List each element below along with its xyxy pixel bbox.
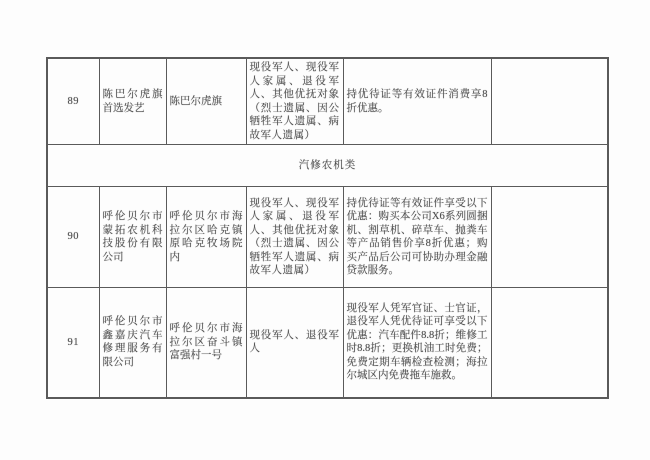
cell-merchant-name: 呼伦贝尔市蒙拓农机科技股份有限公司 (99, 187, 166, 288)
cell-audience: 现役军人、现役军人家属、退役军人、其他优抚对象（烈士遗属、因公牺牲军人遗属、病故… (246, 58, 343, 145)
table-row-90: 90 呼伦贝尔市蒙拓农机科技股份有限公司 呼伦贝尔市海拉尔区哈克镇原哈克牧场院内… (47, 187, 608, 288)
table-row-91: 91 呼伦贝尔市鑫嘉庆汽车修理服务有限公司 呼伦贝尔市海拉尔区奋斗镇富强村一号 … (47, 288, 608, 398)
section-header-label: 汽修农机类 (47, 145, 608, 187)
cell-audience: 现役军人、退役军人 (246, 288, 343, 398)
cell-address: 呼伦贝尔市海拉尔区哈克镇原哈克牧场院内 (166, 187, 246, 288)
cell-note (491, 288, 608, 398)
cell-benefit: 现役军人凭军官证、士官证，退役军人凭优待证可享受以下优惠：汽车配件8.8折；维修… (343, 288, 491, 398)
cell-address: 陈巴尔虎旗 (166, 58, 246, 145)
scanned-document-page: 89 陈巴尔虎旗首选发艺 陈巴尔虎旗 现役军人、现役军人家属、退役军人、其他优抚… (0, 0, 650, 460)
cell-benefit: 持优待证等有效证件消费享8折优惠。 (343, 58, 491, 145)
cell-merchant-name: 呼伦贝尔市鑫嘉庆汽车修理服务有限公司 (99, 288, 166, 398)
cell-note (491, 187, 608, 288)
cell-row-number: 90 (47, 187, 99, 288)
section-header-row: 汽修农机类 (47, 145, 608, 187)
cell-note (491, 58, 608, 145)
preferential-merchants-table: 89 陈巴尔虎旗首选发艺 陈巴尔虎旗 现役军人、现役军人家属、退役军人、其他优抚… (46, 57, 609, 399)
cell-audience: 现役军人、现役军人家属、退役军人、其他优抚对象（烈士遗属、因公牺牲军人遗属、病故… (246, 187, 343, 288)
cell-address: 呼伦贝尔市海拉尔区奋斗镇富强村一号 (166, 288, 246, 398)
cell-merchant-name: 陈巴尔虎旗首选发艺 (99, 58, 166, 145)
cell-row-number: 91 (47, 288, 99, 398)
table-row-89: 89 陈巴尔虎旗首选发艺 陈巴尔虎旗 现役军人、现役军人家属、退役军人、其他优抚… (47, 58, 608, 145)
cell-row-number: 89 (47, 58, 99, 145)
cell-benefit: 持优待证等有效证件享受以下优惠：购买本公司X6系列圆捆机、割草机、碎草车、抛粪车… (343, 187, 491, 288)
